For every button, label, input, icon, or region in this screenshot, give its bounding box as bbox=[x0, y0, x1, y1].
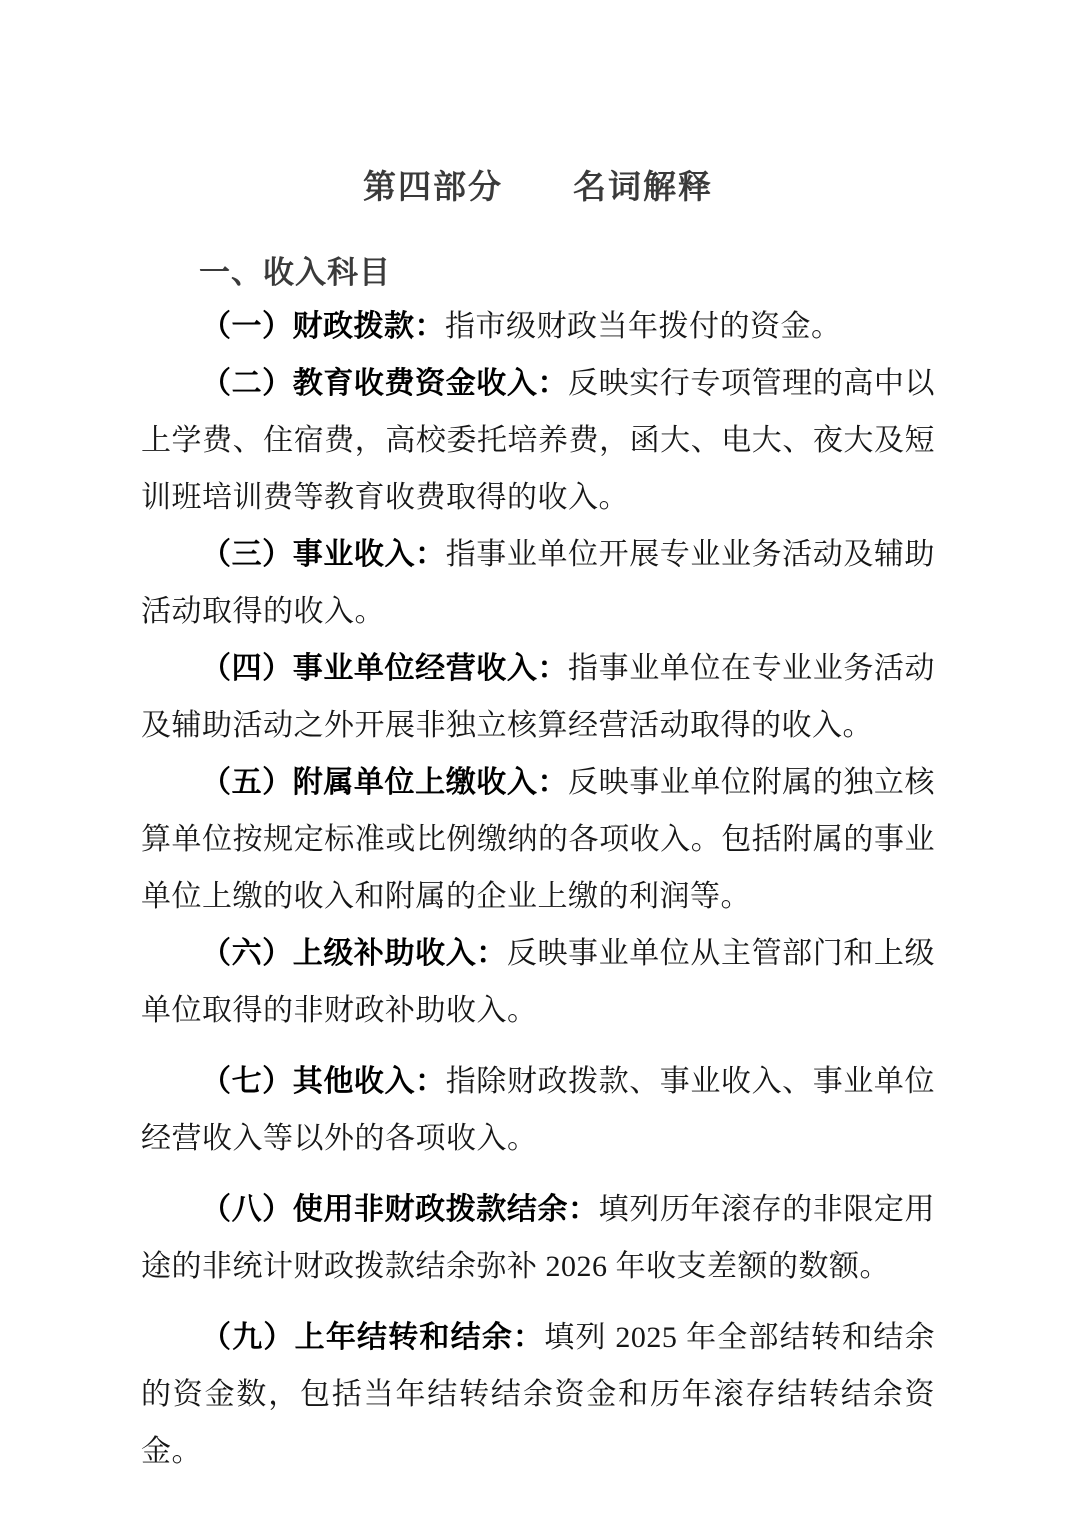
definition-list: （一）财政拨款：指市级财政当年拨付的资金。 （二）教育收费资金收入：反映实行专项… bbox=[141, 298, 935, 1480]
page-title: 第四部分 名词解释 bbox=[141, 165, 935, 209]
term-label: （七）其他收入： bbox=[201, 1065, 446, 1098]
definition-paragraph-8: （八）使用非财政拨款结余：填列历年滚存的非限定用途的非统计财政拨款结余弥补 20… bbox=[141, 1181, 935, 1295]
term-label: （五）附属单位上缴收入： bbox=[201, 766, 568, 799]
term-label: （八）使用非财政拨款结余： bbox=[201, 1193, 599, 1226]
term-definition: 指市级财政当年拨付的资金。 bbox=[445, 310, 842, 343]
section-heading-income-categories: 一、收入科目 bbox=[141, 251, 935, 295]
term-label: （四）事业单位经营收入： bbox=[201, 652, 568, 685]
definition-paragraph-9: （九）上年结转和结余：填列 2025 年全部结转和结余的资金数，包括当年结转结余… bbox=[141, 1309, 935, 1480]
document-page: 第四部分 名词解释 一、收入科目 （一）财政拨款：指市级财政当年拨付的资金。 （… bbox=[0, 0, 1074, 1520]
definition-paragraph-2: （二）教育收费资金收入：反映实行专项管理的高中以上学费、住宿费，高校委托培养费，… bbox=[141, 355, 935, 526]
term-label: （一）财政拨款： bbox=[201, 310, 445, 343]
definition-paragraph-5: （五）附属单位上缴收入：反映事业单位附属的独立核算单位按规定标准或比例缴纳的各项… bbox=[141, 754, 935, 925]
definition-paragraph-3: （三）事业收入：指事业单位开展专业业务活动及辅助活动取得的收入。 bbox=[141, 526, 935, 640]
term-label: （六）上级补助收入： bbox=[201, 937, 507, 970]
definition-paragraph-4: （四）事业单位经营收入：指事业单位在专业业务活动及辅助活动之外开展非独立核算经营… bbox=[141, 640, 935, 754]
definition-paragraph-1: （一）财政拨款：指市级财政当年拨付的资金。 bbox=[141, 298, 935, 355]
term-label: （三）事业收入： bbox=[201, 538, 446, 571]
term-label: （九）上年结转和结余： bbox=[201, 1321, 544, 1354]
definition-paragraph-6: （六）上级补助收入：反映事业单位从主管部门和上级单位取得的非财政补助收入。 bbox=[141, 925, 935, 1039]
definition-paragraph-7: （七）其他收入：指除财政拨款、事业收入、事业单位经营收入等以外的各项收入。 bbox=[141, 1053, 935, 1167]
term-label: （二）教育收费资金收入： bbox=[201, 367, 568, 400]
